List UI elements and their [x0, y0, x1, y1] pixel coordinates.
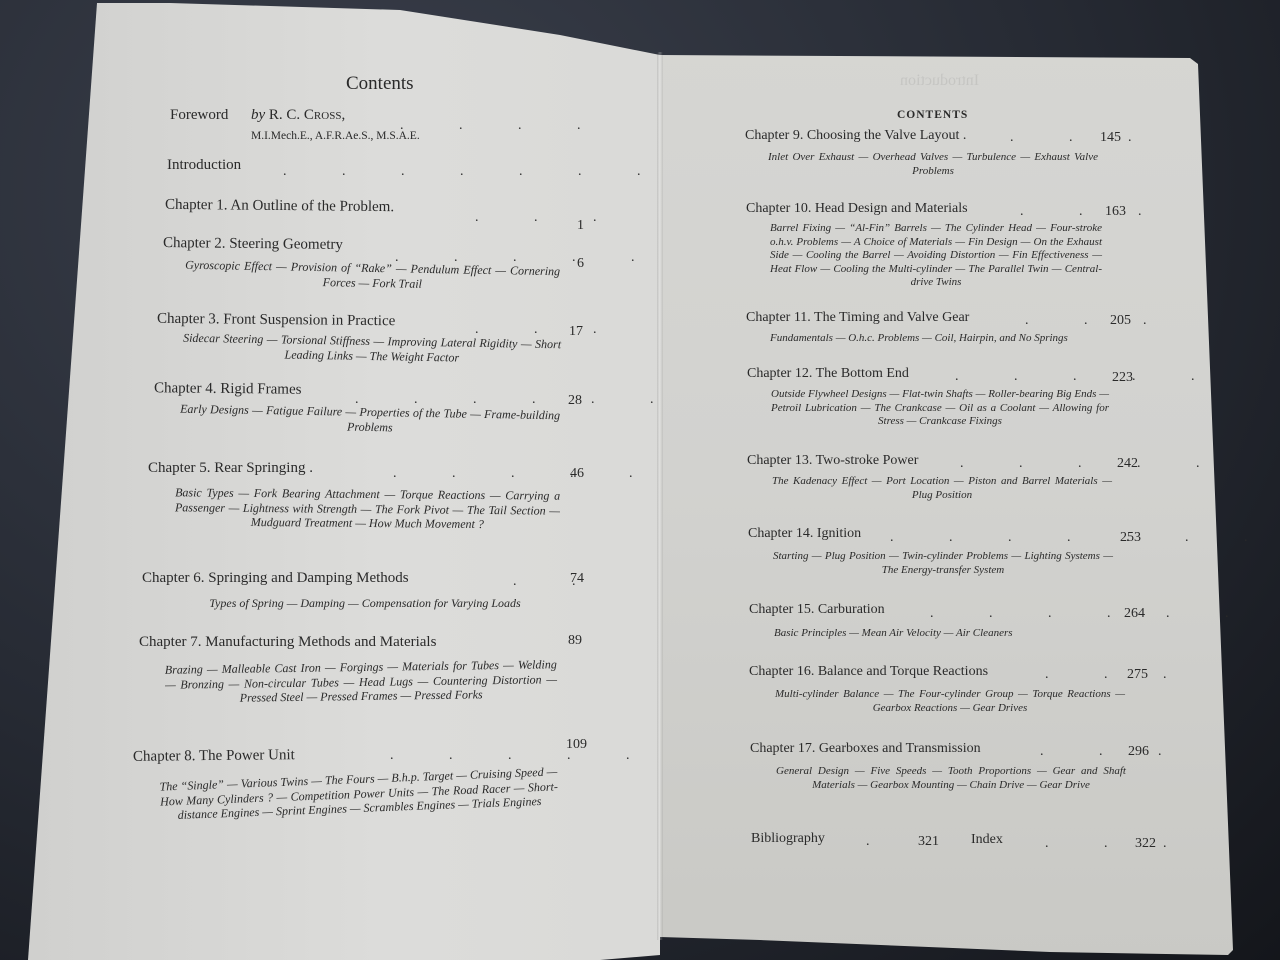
chapter-7-title: Chapter 7. Manufacturing Methods and Mat…	[139, 634, 436, 651]
page-title: Contents	[346, 73, 414, 95]
leader-dots: . . .	[1010, 130, 1158, 146]
chapter-12-page: 223	[1112, 370, 1133, 386]
show-through-text: Introduction	[900, 72, 979, 90]
chapter-17-page: 296	[1128, 744, 1149, 760]
chapter-2-title: Chapter 2. Steering Geometry	[163, 235, 343, 254]
chapter-14-page: 253	[1120, 530, 1141, 546]
chapter-13-topics: The Kadenacy Effect — Port Location — Pi…	[772, 475, 1112, 502]
chapter-6-page: 74	[570, 571, 584, 587]
chapter-4-page: 28	[568, 393, 582, 409]
chapter-15-title: Chapter 15. Carburation	[749, 602, 885, 618]
bibliography-label: Bibliography	[751, 831, 825, 847]
chapter-12-topics: Outside Flywheel Designs — Flat-twin Sha…	[771, 388, 1109, 429]
leader-dots: . .	[513, 574, 602, 590]
chapter-4-title: Chapter 4. Rigid Frames	[154, 380, 302, 399]
bibliography-page: 321	[918, 834, 939, 850]
introduction-label: Introduction	[167, 157, 241, 174]
chapter-5-page: 46	[570, 466, 584, 482]
chapter-8-title: Chapter 8. The Power Unit	[133, 747, 295, 766]
leader-dots: . . .	[1025, 313, 1173, 329]
leader-dots: . . . . .	[955, 369, 1221, 385]
chapter-9-topics: Inlet Over Exhaust — Overhead Valves — T…	[768, 151, 1098, 178]
running-head: CONTENTS	[897, 109, 968, 121]
leader-dots: . . .	[1045, 667, 1193, 683]
chapter-16-topics: Multi-cylinder Balance — The Four-cylind…	[775, 688, 1125, 715]
chapter-16-title: Chapter 16. Balance and Torque Reactions	[749, 664, 988, 680]
leader-dots: . .	[866, 834, 955, 850]
chapter-14-title: Chapter 14. Ignition	[748, 526, 861, 542]
leader-dots: . . .	[475, 210, 623, 226]
leader-dots: . . . . . . .	[890, 530, 1274, 546]
chapter-11-title: Chapter 11. The Timing and Valve Gear	[746, 310, 969, 326]
chapter-3-page: 17	[569, 324, 583, 340]
chapter-1-title: Chapter 1. An Outline of the Problem.	[165, 197, 394, 216]
foreword-credentials: M.I.Mech.E., A.F.R.Ae.S., M.S.A.E.	[251, 130, 420, 142]
chapter-15-topics: Basic Principles — Mean Air Velocity — A…	[774, 627, 1074, 641]
leader-dots: . . . . .	[390, 748, 656, 764]
chapter-2-page: 6	[577, 256, 584, 272]
foreword-author: R. C. Cross,	[269, 107, 345, 123]
chapter-17-topics: General Design — Five Speeds — Tooth Pro…	[776, 765, 1126, 792]
chapter-16-page: 275	[1127, 667, 1148, 683]
chapter-9-title: Chapter 9. Choosing the Valve Layout .	[745, 128, 966, 144]
chapter-10-topics: Barrel Fixing — “Al-Fin” Barrels — The C…	[770, 222, 1102, 290]
chapter-8-page: 109	[566, 737, 587, 753]
foreword-by-text: by	[251, 107, 265, 123]
chapter-10-title: Chapter 10. Head Design and Materials	[746, 201, 968, 217]
chapter-6-topics: Types of Spring — Damping — Compensation…	[170, 596, 560, 611]
chapter-7-page: 89	[568, 633, 582, 649]
leader-dots: . . . . . . .	[283, 164, 667, 180]
chapter-13-page: 242	[1117, 456, 1138, 472]
leader-dots: . . . .	[400, 118, 607, 134]
foreword-by: by R. C. Cross,	[251, 107, 345, 124]
chapter-12-title: Chapter 12. The Bottom End	[747, 366, 909, 382]
chapter-5-title: Chapter 5. Rear Springing .	[148, 460, 313, 477]
index-page: 322	[1135, 836, 1156, 852]
leader-dots: . . .	[1040, 744, 1188, 760]
chapter-1-page: 1	[577, 218, 584, 234]
chapter-9-page: 145	[1100, 130, 1121, 146]
chapter-7-topics: Brazing — Malleable Cast Iron — Forgings…	[165, 657, 558, 706]
index-label: Index	[971, 832, 1003, 848]
chapter-6-title: Chapter 6. Springing and Damping Methods	[142, 570, 409, 587]
leader-dots: . . . . . .	[930, 606, 1255, 622]
leader-dots: . . .	[1045, 836, 1193, 852]
chapter-11-topics: Fundamentals — O.h.c. Problems — Coil, H…	[770, 332, 1110, 346]
chapter-11-page: 205	[1110, 313, 1131, 329]
leader-dots: . . . . .	[960, 456, 1226, 472]
chapter-15-page: 264	[1124, 606, 1145, 622]
chapter-17-title: Chapter 17. Gearboxes and Transmission	[750, 741, 981, 757]
leader-dots: . . .	[1020, 204, 1168, 220]
chapter-10-page: 163	[1105, 204, 1126, 220]
chapter-5-topics: Basic Types — Fork Bearing Attachment — …	[175, 485, 560, 532]
book-spine	[657, 52, 663, 940]
chapter-3-title: Chapter 3. Front Suspension in Practice	[157, 311, 395, 330]
chapter-13-title: Chapter 13. Two-stroke Power	[747, 453, 918, 469]
chapter-14-topics: Starting — Plug Position — Twin-cylinder…	[773, 550, 1113, 577]
leader-dots: . . . . .	[393, 466, 659, 482]
open-book: Contents Foreword by R. C. Cross, M.I.Me…	[0, 0, 1280, 960]
foreword-label: Foreword	[170, 107, 228, 124]
